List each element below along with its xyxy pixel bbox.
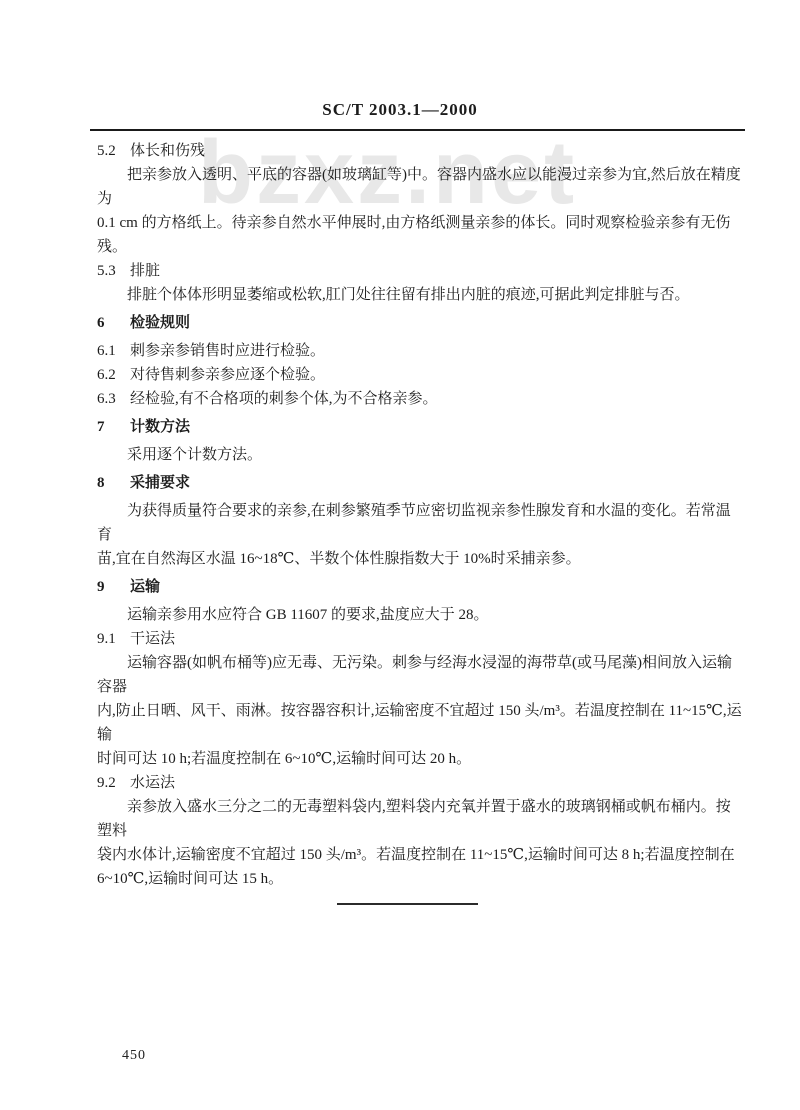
clause-number: 6.2 (97, 363, 130, 387)
chapter-title: 计数方法 (130, 419, 190, 435)
clause-text: 刺参亲参销售时应进行检验。 (130, 343, 325, 359)
scanned-standard-page: bzxz.net SC/T 2003.1—2000 5.2体长和伤残 把亲参放入… (0, 0, 800, 1110)
clause-title: 体长和伤残 (130, 143, 205, 159)
clause-number: 9.2 (97, 771, 130, 795)
chapter-number: 9 (97, 575, 130, 599)
clause-title: 排脏 (130, 263, 160, 279)
clause-number: 5.3 (97, 259, 130, 283)
heading-7: 7计数方法 (97, 415, 742, 439)
clause-number: 9.1 (97, 627, 130, 651)
clause-text: 对待售刺参亲参应逐个检验。 (130, 367, 325, 383)
clause-6-2: 6.2对待售刺参亲参应逐个检验。 (97, 363, 742, 387)
heading-9-1: 9.1干运法 (97, 627, 742, 651)
paragraph-9-2: 亲参放入盛水三分之二的无毒塑料袋内,塑料袋内充氧并置于盛水的玻璃钢桶或帆布桶内。… (97, 795, 742, 891)
heading-8: 8采捕要求 (97, 471, 742, 495)
standard-code-header: SC/T 2003.1—2000 (0, 0, 800, 120)
clause-title: 水运法 (130, 775, 175, 791)
heading-9: 9运输 (97, 575, 742, 599)
clause-number: 6.1 (97, 339, 130, 363)
heading-6: 6检验规则 (97, 311, 742, 335)
paragraph-5-2: 把亲参放入透明、平底的容器(如玻璃缸等)中。容器内盛水应以能漫过亲参为宜,然后放… (97, 163, 742, 259)
clause-number: 5.2 (97, 139, 130, 163)
clause-number: 6.3 (97, 387, 130, 411)
chapter-number: 6 (97, 311, 130, 335)
heading-5-3: 5.3排脏 (97, 259, 742, 283)
paragraph-5-3: 排脏个体体形明显萎缩或松软,肛门处往往留有排出内脏的痕迹,可据此判定排脏与否。 (97, 283, 742, 307)
chapter-title: 检验规则 (130, 315, 190, 331)
chapter-number: 8 (97, 471, 130, 495)
end-of-document-rule (337, 903, 478, 905)
clause-6-1: 6.1刺参亲参销售时应进行检验。 (97, 339, 742, 363)
paragraph-7: 采用逐个计数方法。 (97, 443, 742, 467)
page-number: 450 (122, 1048, 146, 1064)
clause-title: 干运法 (130, 631, 175, 647)
clause-6-3: 6.3经检验,有不合格项的刺参个体,为不合格亲参。 (97, 387, 742, 411)
paragraph-9: 运输亲参用水应符合 GB 11607 的要求,盐度应大于 28。 (97, 603, 742, 627)
heading-5-2: 5.2体长和伤残 (97, 139, 742, 163)
clause-text: 经检验,有不合格项的刺参个体,为不合格亲参。 (130, 391, 438, 407)
paragraph-8: 为获得质量符合要求的亲参,在刺参繁殖季节应密切监视亲参性腺发育和水温的变化。若常… (97, 499, 742, 571)
chapter-number: 7 (97, 415, 130, 439)
heading-9-2: 9.2水运法 (97, 771, 742, 795)
chapter-title: 采捕要求 (130, 475, 190, 491)
chapter-title: 运输 (130, 579, 160, 595)
paragraph-9-1: 运输容器(如帆布桶等)应无毒、无污染。刺参与经海水浸湿的海带草(或马尾藻)相间放… (97, 651, 742, 771)
document-body: 5.2体长和伤残 把亲参放入透明、平底的容器(如玻璃缸等)中。容器内盛水应以能漫… (97, 139, 742, 891)
